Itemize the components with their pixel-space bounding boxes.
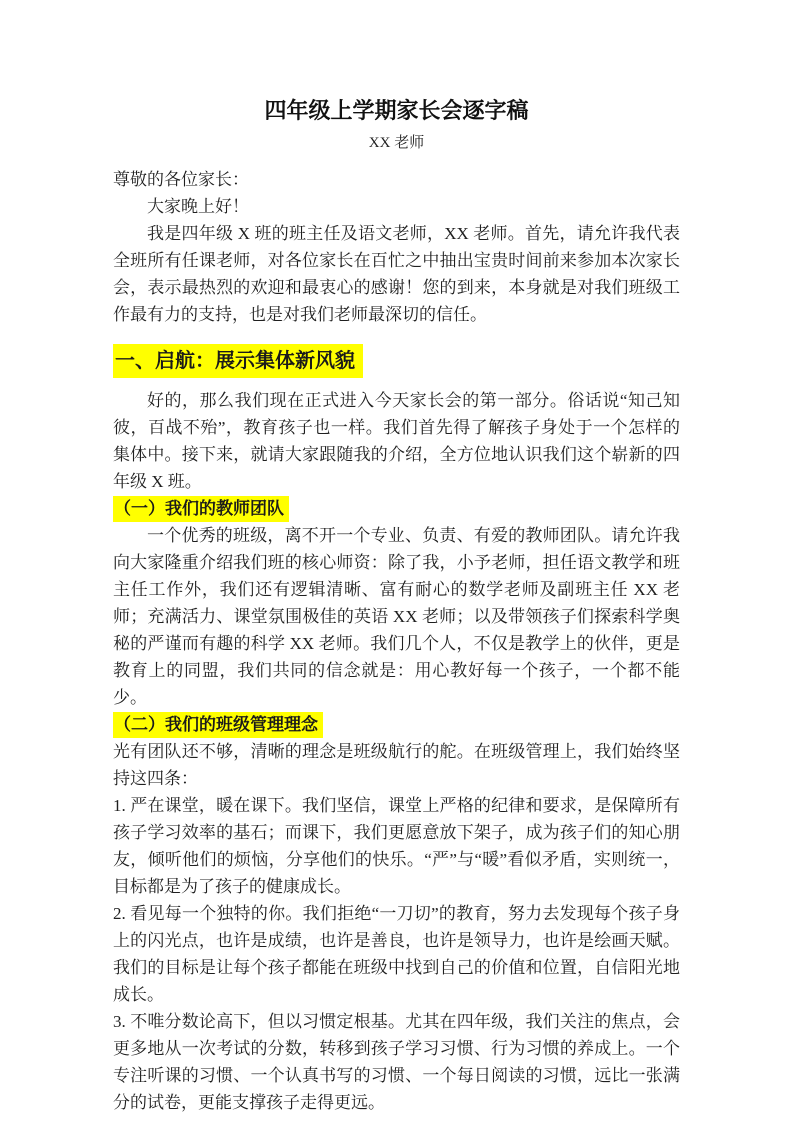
subsection-1-heading-row: （一）我们的教师团队: [113, 495, 680, 522]
subsection-2-heading-row: （二）我们的班级管理理念: [113, 711, 680, 738]
document-page: 四年级上学期家长会逐字稿 XX 老师 尊敬的各位家长： 大家晚上好！ 我是四年级…: [0, 0, 793, 1122]
management-lead-paragraph: 光有团队还不够，清晰的理念是班级航行的舵。在班级管理上，我们始终坚持这四条：: [113, 738, 680, 792]
subsection-1-heading-highlight: （一）我们的教师团队: [113, 496, 289, 522]
management-item-1: 1. 严在课堂，暖在课下。我们坚信，课堂上严格的纪律和要求，是保障所有孩子学习效…: [113, 792, 680, 900]
greeting-paragraph: 大家晚上好！: [113, 193, 680, 220]
section-1-heading-highlight: 一、启航：展示集体新风貌: [113, 344, 363, 378]
management-item-3: 3. 不唯分数论高下，但以习惯定根基。尤其在四年级，我们关注的焦点，会更多地从一…: [113, 1008, 680, 1116]
section-1-heading-row: 一、启航：展示集体新风貌: [113, 344, 680, 379]
doc-author: XX 老师: [113, 130, 680, 156]
section-1-lead-paragraph: 好的，那么我们现在正式进入今天家长会的第一部分。俗话说“知己知彼，百战不殆”，教…: [113, 387, 680, 495]
intro-paragraph: 我是四年级 X 班的班主任及语文老师，XX 老师。首先，请允许我代表全班所有任课…: [113, 220, 680, 328]
doc-title: 四年级上学期家长会逐字稿: [113, 96, 680, 126]
subsection-2-heading-highlight: （二）我们的班级管理理念: [113, 712, 323, 738]
management-item-2: 2. 看见每一个独特的你。我们拒绝“一刀切”的教育，努力去发现每个孩子身上的闪光…: [113, 900, 680, 1008]
salutation: 尊敬的各位家长：: [113, 166, 680, 193]
teacher-team-paragraph: 一个优秀的班级，离不开一个专业、负责、有爱的教师团队。请允许我向大家隆重介绍我们…: [113, 522, 680, 711]
